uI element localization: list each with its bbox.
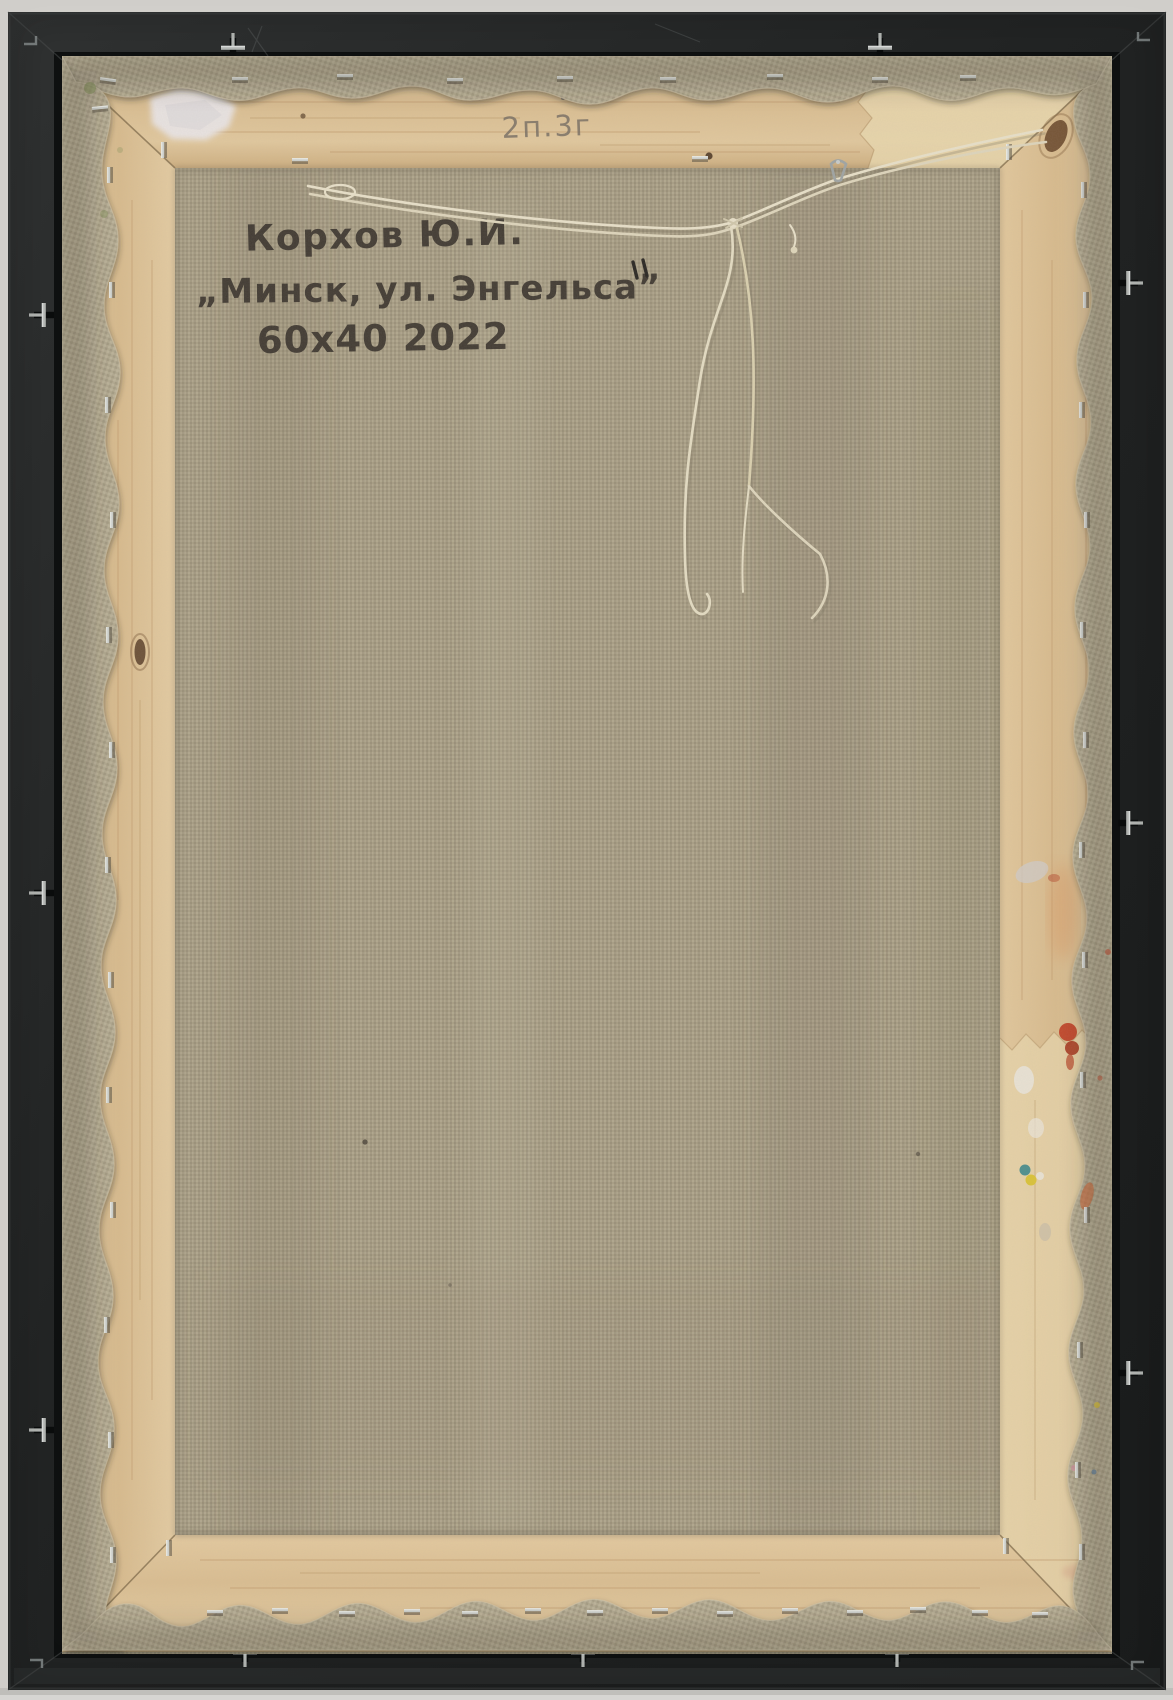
painting-back-photo: 2п.3г [0, 0, 1173, 1700]
photo-of-painting-back: 2п.3г [0, 0, 1173, 1700]
canvas-back: 2п.3г [62, 56, 1112, 1654]
photo-grain [62, 56, 1112, 1654]
